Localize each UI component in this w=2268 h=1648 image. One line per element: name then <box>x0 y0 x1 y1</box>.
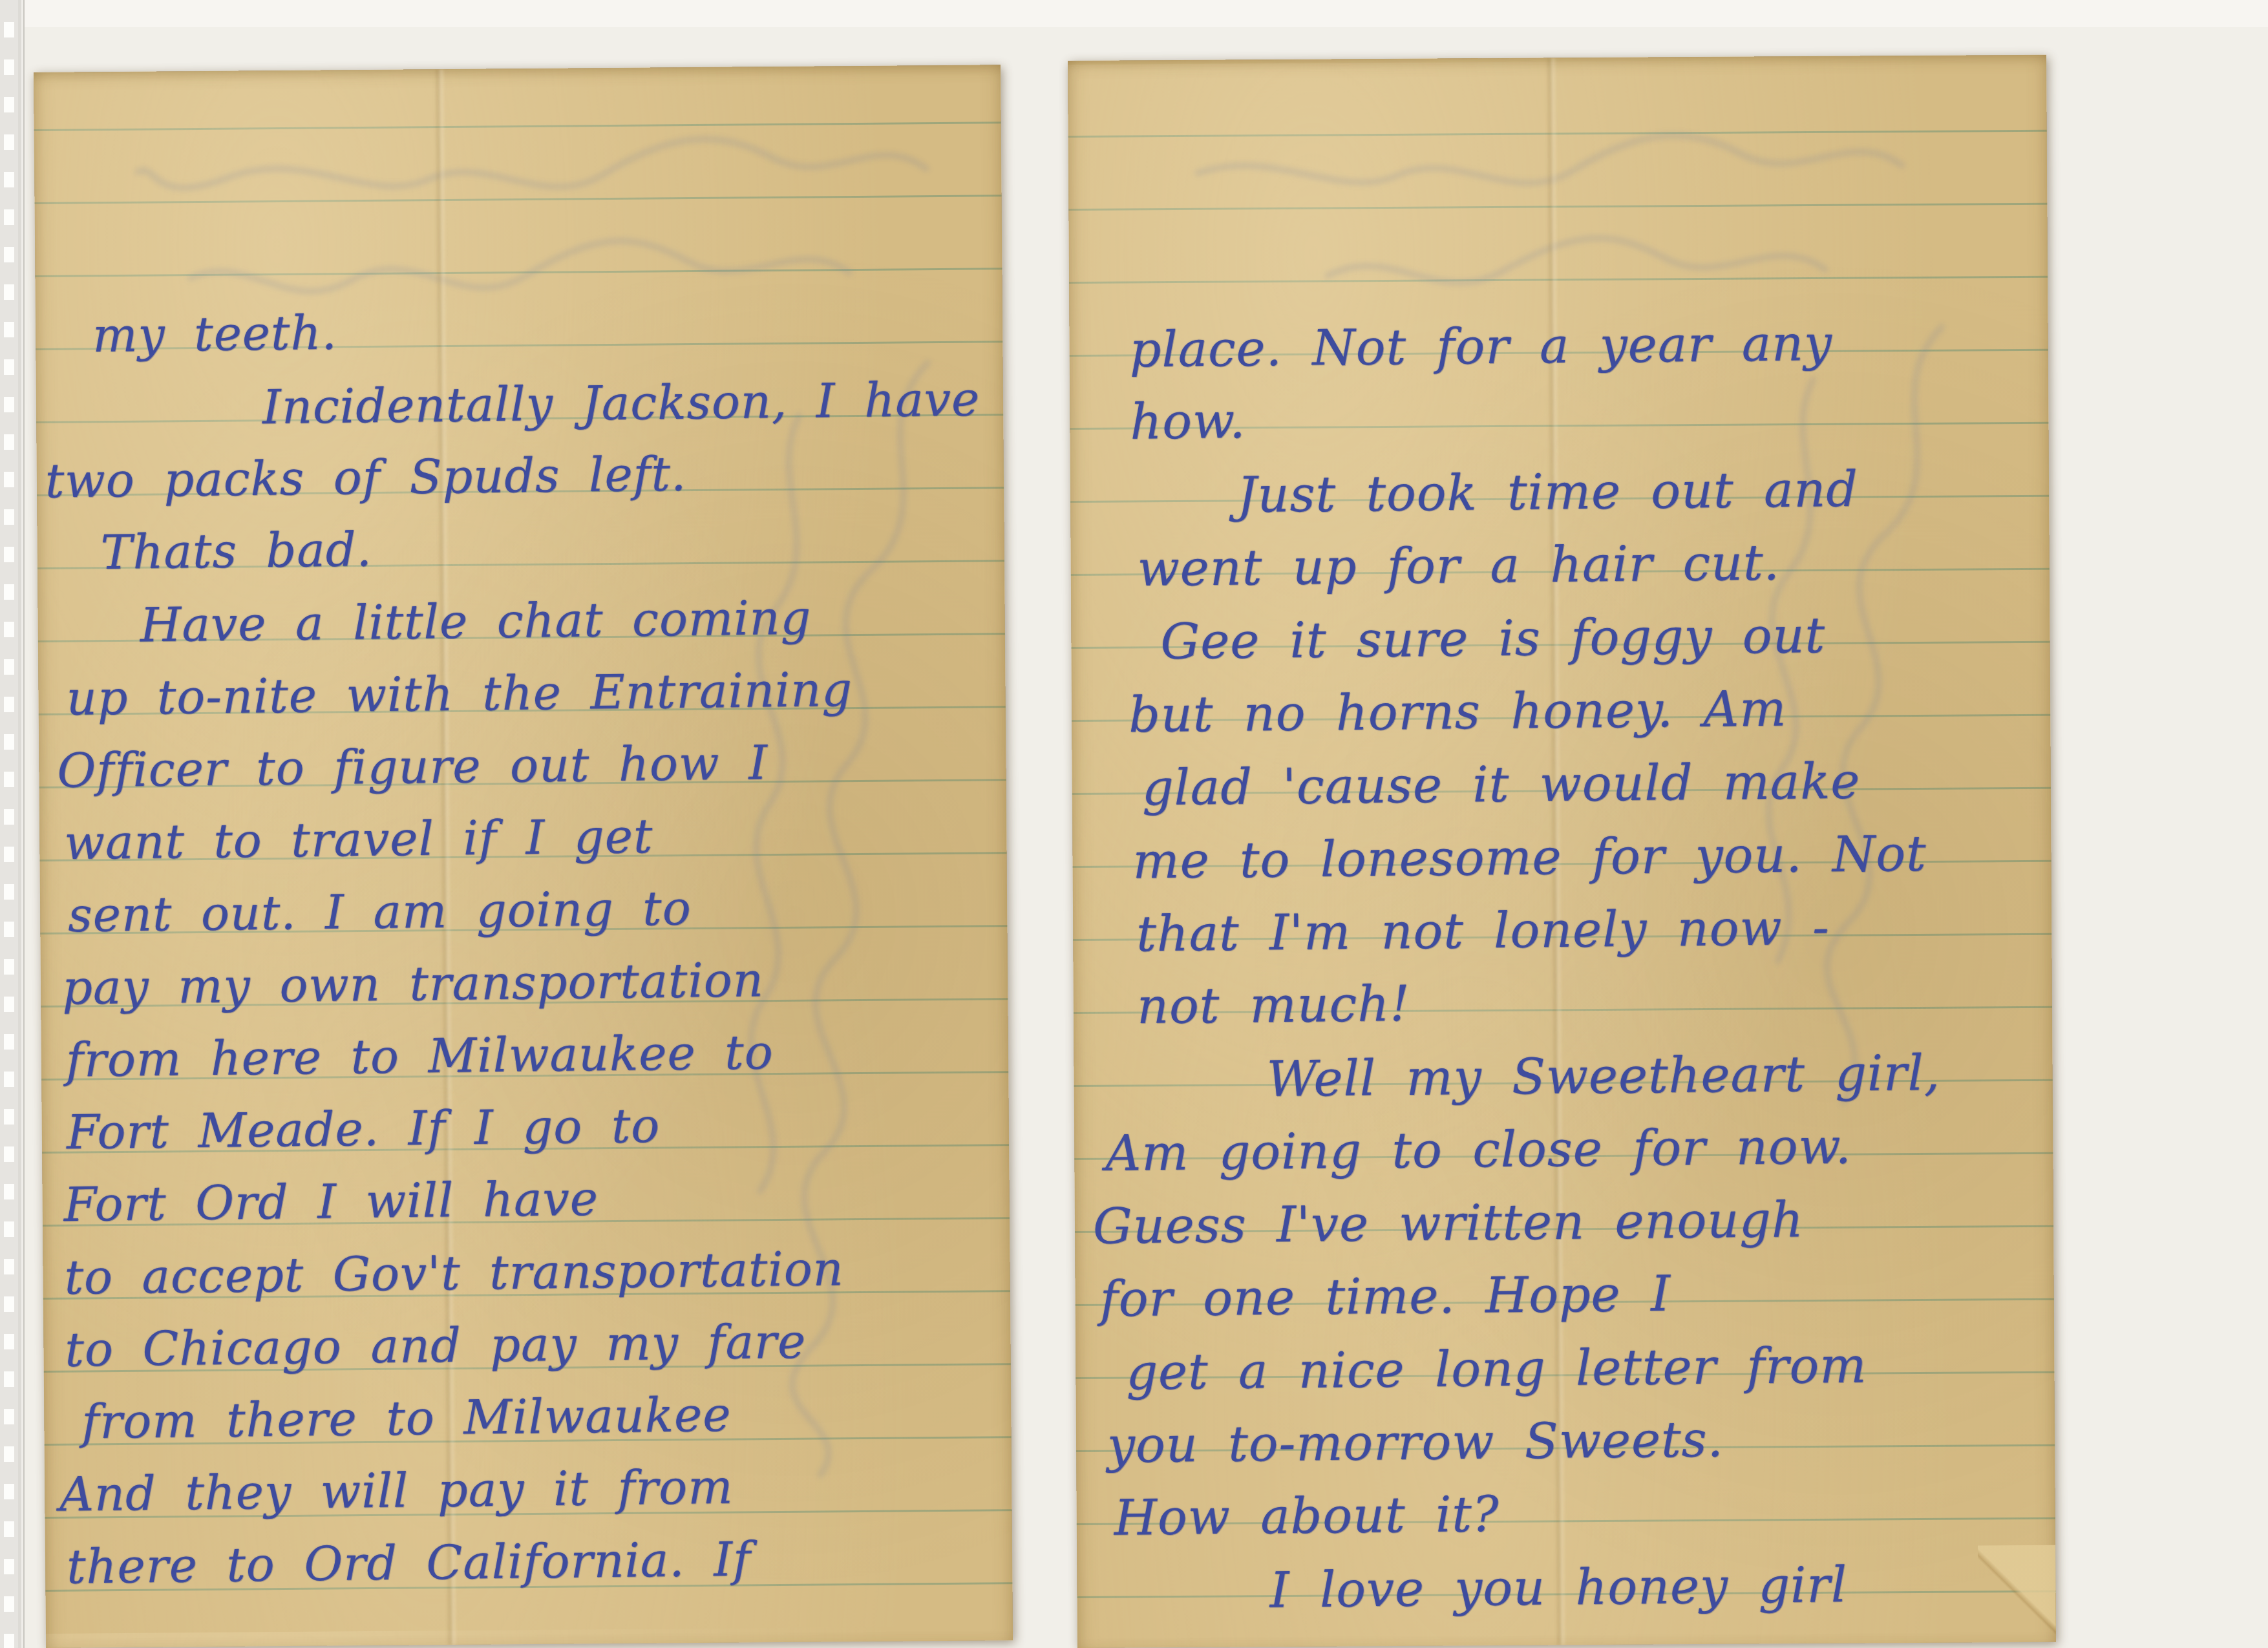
handwritten-line: Incidentally Jackson, I have <box>262 372 980 436</box>
handwritten-line: from there to Milwaukee <box>81 1388 732 1450</box>
handwritten-line: not much! <box>1137 975 1411 1035</box>
handwritten-line: How about it? <box>1114 1485 1500 1547</box>
ink-bleedthrough <box>125 111 954 330</box>
handwritten-line: place. Not for a year any <box>1129 314 1832 378</box>
handwritten-line: get a nice long letter from <box>1126 1336 1867 1400</box>
handwritten-line: you to-morrow Sweets. <box>1107 1410 1724 1474</box>
handwritten-line: my teeth. <box>92 306 337 363</box>
handwritten-line: but no horns honey. Am <box>1129 679 1787 743</box>
handwritten-line: to Chicago and pay my fare <box>65 1315 807 1378</box>
ink-bleedthrough <box>1754 301 2005 1142</box>
binder-sleeve-edge <box>0 0 25 1648</box>
handwritten-line: Am going to close for now. <box>1105 1117 1852 1182</box>
letter-page-right: place. Not for a year any how. Just took… <box>1068 55 2056 1648</box>
handwritten-line: Thats bad. <box>100 522 372 580</box>
handwritten-line: two packs of Spuds left. <box>45 447 686 509</box>
handwritten-line: that I'm not lonely now - <box>1136 898 1830 962</box>
handwritten-line: me to lonesome for you. Not <box>1132 825 1927 890</box>
handwritten-line: Fort Meade. If I go to <box>66 1099 660 1160</box>
handwritten-line: want to travel if I get <box>64 809 653 871</box>
handwritten-line: Gee it sure is foggy out <box>1160 606 1825 670</box>
handwritten-line: And they will pay it from <box>59 1460 734 1523</box>
handwritten-line: Well my Sweetheart girl, <box>1266 1044 1940 1108</box>
handwritten-line: from here to Milwaukee to <box>66 1025 774 1088</box>
handwritten-line: Guess I've written enough <box>1093 1190 1805 1255</box>
handwritten-line: pay my own transportation <box>62 953 765 1015</box>
handwritten-line: Officer to figure out how I <box>57 735 768 798</box>
handwritten-line: there to Ord California. If <box>67 1532 752 1595</box>
handwritten-line: sent out. I am going to <box>68 881 692 943</box>
handwritten-line: up to-nite with the Entraining <box>66 662 853 726</box>
handwritten-line: I love you honey girl <box>1269 1556 1847 1619</box>
letter-scan: my teeth. Incidentally Jackson, I have t… <box>0 0 2268 1648</box>
handwritten-line: to accept Gov't transportation <box>64 1241 844 1305</box>
handwritten-line: for one time. Hope I <box>1099 1265 1671 1327</box>
page-corner-fold <box>1978 1545 2056 1643</box>
ink-bleedthrough <box>1127 114 1942 319</box>
handwritten-line: Fort Ord I will have <box>63 1172 599 1232</box>
handwritten-line: how. <box>1130 392 1246 450</box>
handwritten-line: Have a little chat coming <box>140 591 811 653</box>
handwritten-line: went up for a hair cut. <box>1137 534 1780 598</box>
handwritten-line: Just took time out and <box>1237 460 1859 523</box>
handwritten-line: glad 'cause it would make <box>1141 752 1860 817</box>
letter-page-left: my teeth. Incidentally Jackson, I have t… <box>34 65 1013 1648</box>
